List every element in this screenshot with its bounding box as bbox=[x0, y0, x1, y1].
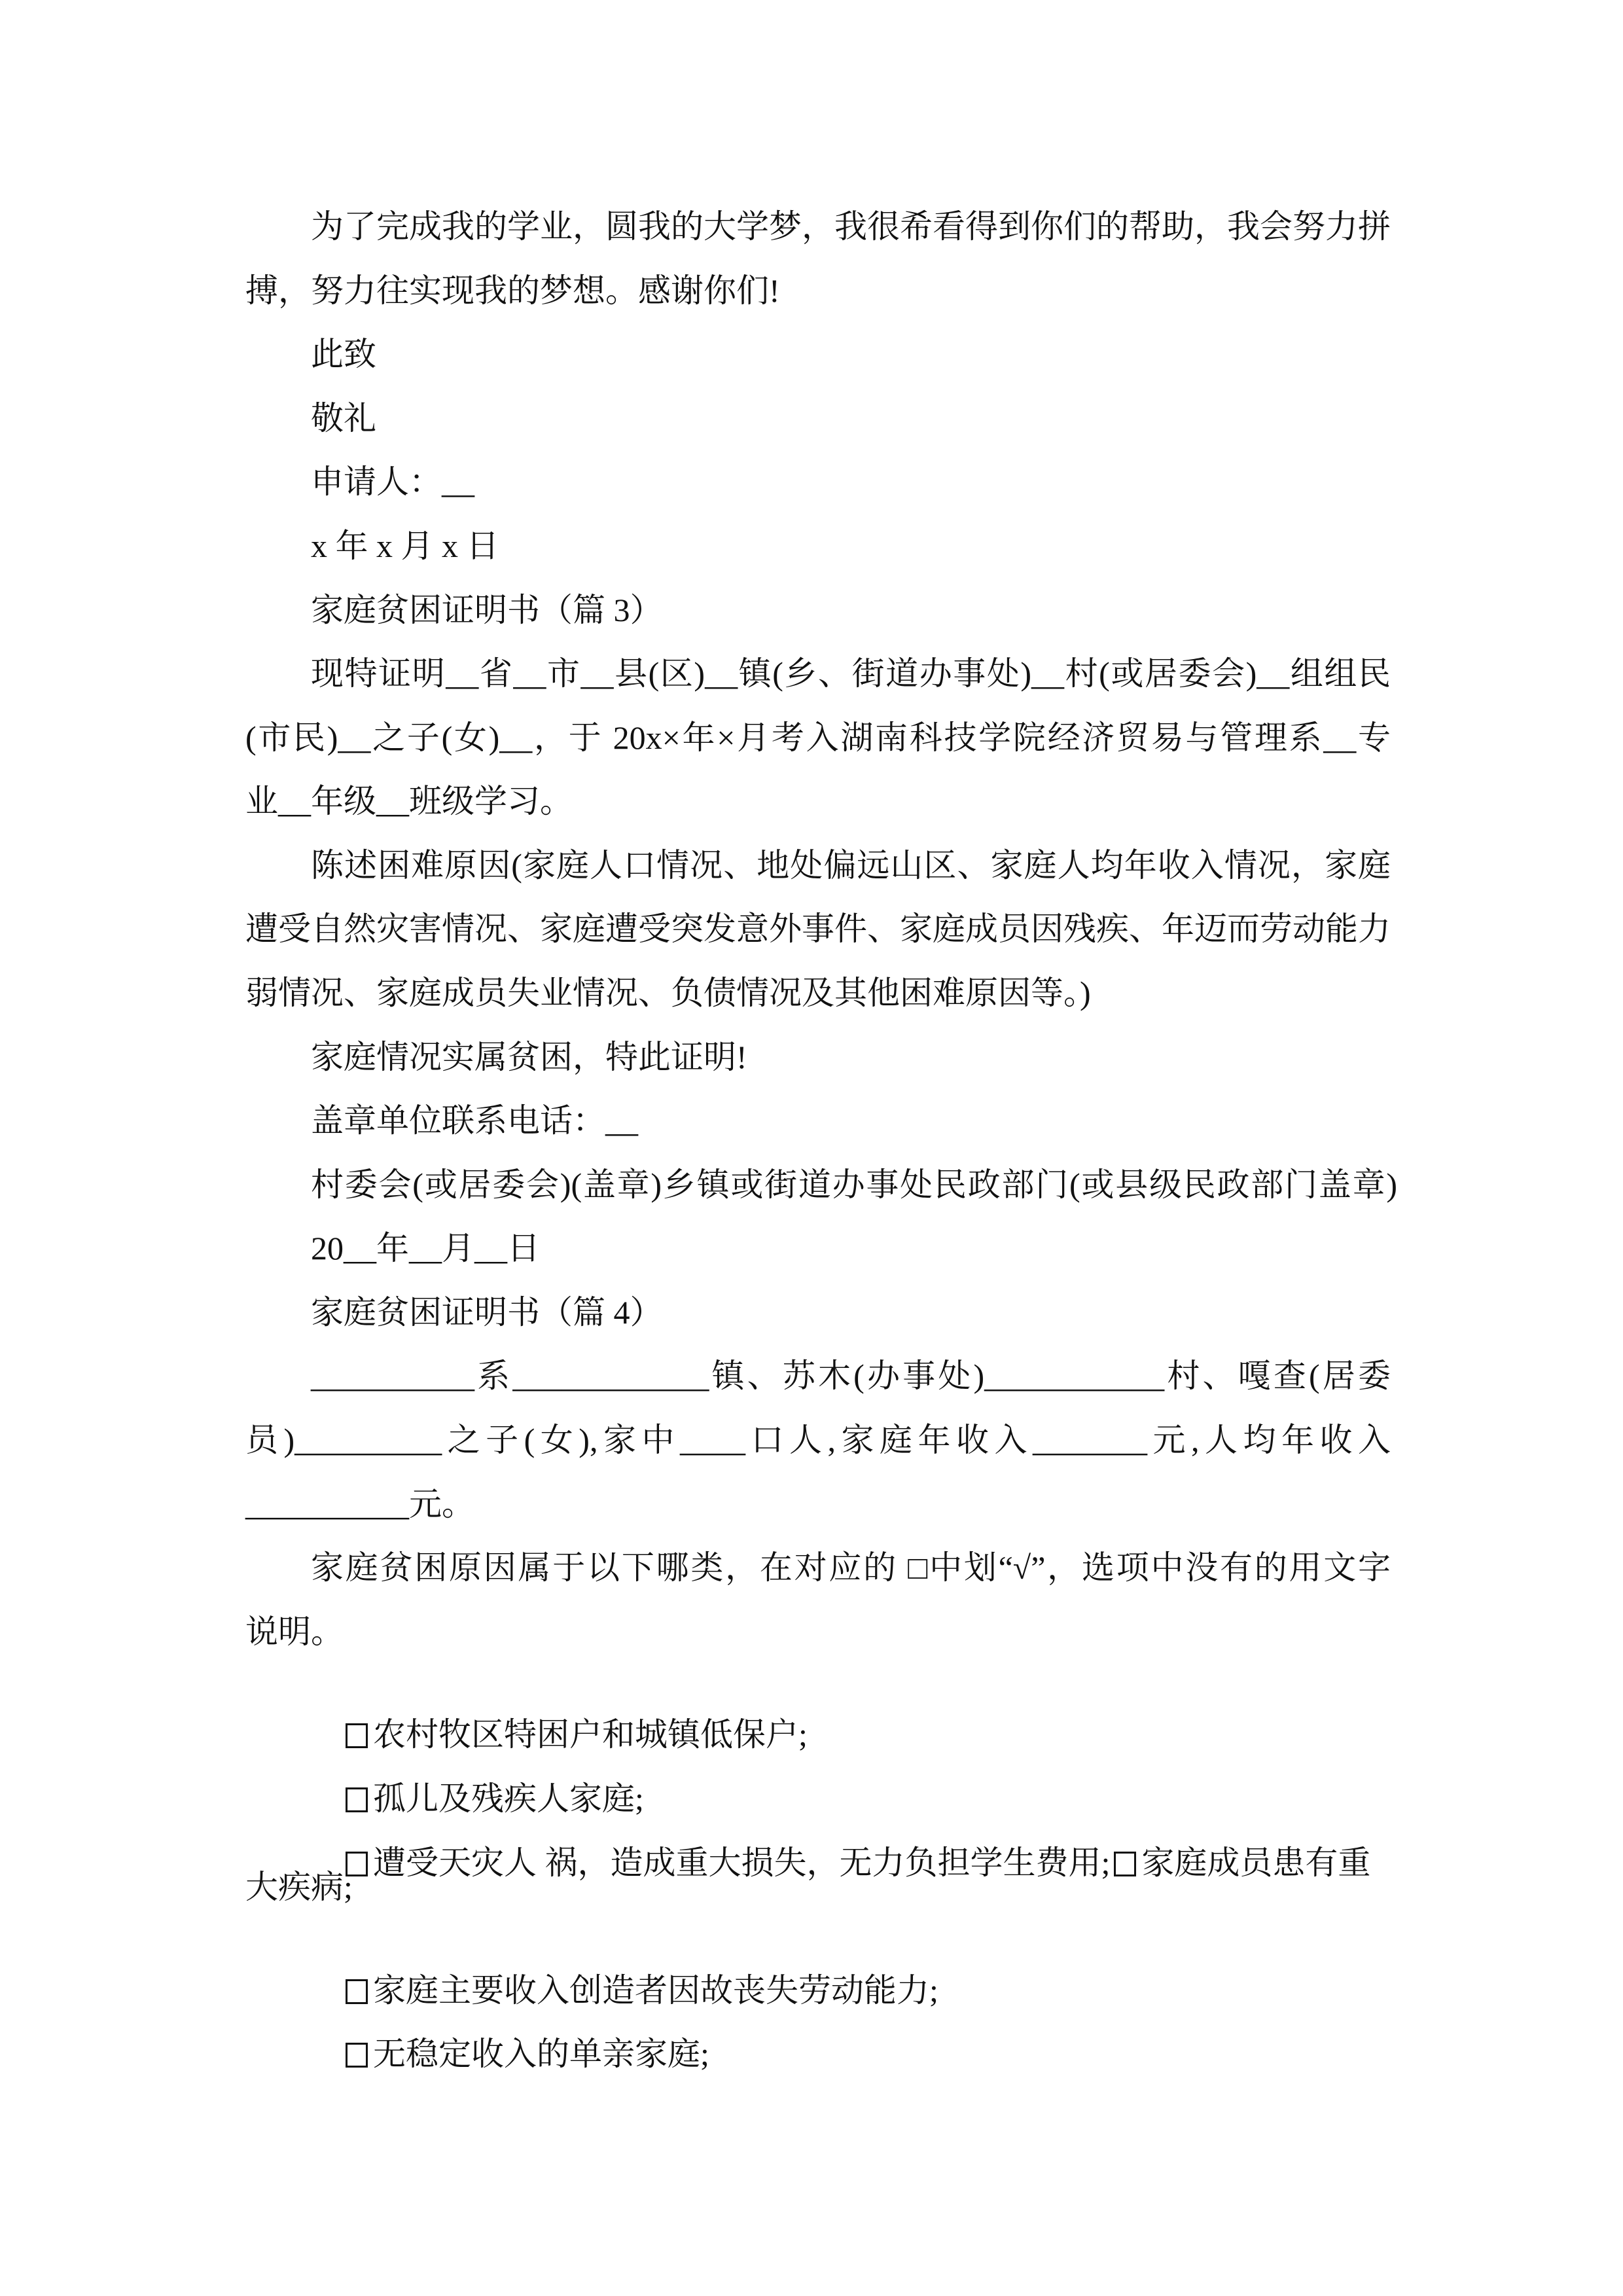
option-orphan-disabled: 孤儿及残疾人家庭; bbox=[313, 1740, 644, 1779]
closing-paragraph-line-1: 为了完成我的学业，圆我的大学梦，我很希看得到你们的帮助，我会努力拼 bbox=[245, 207, 1391, 246]
option-label: 无稳定收入的单亲家庭; bbox=[373, 2036, 709, 2072]
section-3-certify-line-1: 现特证明__省__市__县(区)__镇(乡、街道办事处)__村(或居委会)__组… bbox=[245, 654, 1391, 693]
section-3-reason-line-3: 弱情况、家庭成员失业情况、负债情况及其他困难原因等。) bbox=[245, 973, 1091, 1013]
section-3-reason-line-1: 陈述困难原因(家庭人口情况、地处偏远山区、家庭人均年收入情况，家庭 bbox=[245, 846, 1391, 885]
section-3-date-blank: 20__年__月__日 bbox=[311, 1229, 540, 1268]
section-4-info-line-3: __________元。 bbox=[245, 1484, 474, 1524]
option-label: 家庭成员患有重 bbox=[1141, 1844, 1370, 1881]
option-breadwinner-disabled: 家庭主要收入创造者因故丧失劳动能力; bbox=[313, 1931, 938, 1971]
checkbox-icon bbox=[1114, 1852, 1136, 1876]
section-3-certify-line-3: 业__年级__班级学习。 bbox=[245, 781, 573, 821]
section-3-conclusion: 家庭情况实属贫困，特此证明! bbox=[311, 1037, 747, 1077]
section-3-stamp-line: 村委会(或居委会)(盖章)乡镇或街道办事处民政部门(或县级民政部门盖章) bbox=[311, 1165, 1397, 1204]
section-4-info-line-2: 员)_________之子(女),家中____口人,家庭年收入_______元,… bbox=[245, 1420, 1391, 1460]
section-3-reason-line-2: 遭受自然灾害情况、家庭遭受突发意外事件、家庭成员因残疾、年迈而劳动能力 bbox=[245, 909, 1391, 948]
checkbox-icon bbox=[346, 2043, 368, 2068]
salutation-jing-li: 敬礼 bbox=[311, 399, 376, 438]
section-4-info-line-1: __________系____________镇、苏木(办事处)________… bbox=[245, 1356, 1391, 1395]
document-page: 为了完成我的学业，圆我的大学梦，我很希看得到你们的帮助，我会努力拼 搏，努力往实… bbox=[0, 0, 1623, 2296]
option-label: 遭受天灾人 祸，造成重大损失，无力负担学生费用; bbox=[373, 1844, 1110, 1881]
option-rural-poverty: 农村牧区特困户和城镇低保户; bbox=[313, 1676, 808, 1715]
option-illness-continued: 大疾病; bbox=[245, 1867, 353, 1907]
closing-paragraph-line-2: 搏，努力往实现我的梦想。感谢你们! bbox=[245, 271, 780, 310]
applicant-signature-line: 申请人：__ bbox=[311, 462, 474, 501]
option-disaster-and-illness: 遭受天灾人 祸，造成重大损失，无力负担学生费用;家庭成员患有重 bbox=[313, 1804, 1393, 1843]
salutation-ci-zhi: 此致 bbox=[311, 334, 376, 374]
section-4-instruction-line-2: 说明。 bbox=[245, 1612, 344, 1651]
section-4-instruction-line-1: 家庭贫困原因属于以下哪类，在对应的 □中划“√”，选项中没有的用文字 bbox=[245, 1548, 1391, 1587]
section-3-certify-line-2: (市民)__之子(女)__，于 20x×年×月考入湖南科技学院经济贸易与管理系_… bbox=[245, 718, 1391, 757]
option-single-parent: 无稳定收入的单亲家庭; bbox=[313, 1995, 709, 2034]
date-line: x 年 x 月 x 日 bbox=[311, 526, 499, 565]
section-4-title: 家庭贫困证明书（篇 4） bbox=[311, 1293, 663, 1332]
section-3-title: 家庭贫困证明书（篇 3） bbox=[311, 590, 663, 630]
section-3-contact-phone: 盖章单位联系电话：__ bbox=[311, 1101, 638, 1140]
